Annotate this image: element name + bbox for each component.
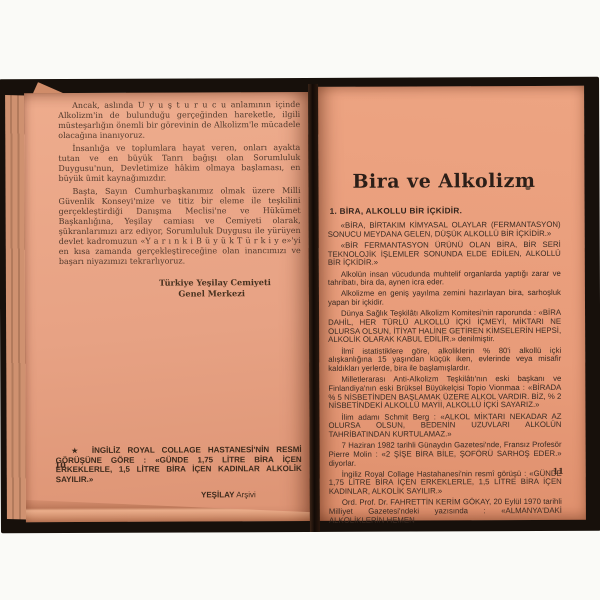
signature-org: Türkiye Yeşilay Cemiyeti xyxy=(59,277,271,289)
paragraph: Ord. Prof. Dr. FAHRETTİN KERİM GÖKAY, 20… xyxy=(329,498,562,525)
paragraph: Başta, Sayın Cumhurbaşkanımız olmak üzer… xyxy=(58,186,300,266)
paragraph: Alkolizme en geniş yayılma zemini hazırl… xyxy=(328,289,561,307)
paragraph: İlmî istatistiklere göre, alkoliklerin %… xyxy=(328,347,561,374)
page-number-left: 10 xyxy=(55,460,66,470)
page-number-right: 11 xyxy=(553,466,564,476)
right-page-text: Bira ve Alkolizm 1. BİRA, ALKOLLU BİR İÇ… xyxy=(327,86,562,528)
paragraph: Ancak, aslında U y u ş t u r u c u anlam… xyxy=(58,100,300,141)
book-photo: Ancak, aslında U y u ş t u r u c u anlam… xyxy=(0,0,600,600)
archive-credit: YEŞİLAY Arşivi xyxy=(60,490,256,501)
book-cover: Ancak, aslında U y u ş t u r u c u anlam… xyxy=(0,77,600,534)
paragraph: Milletlerarası Anti-Alkolizm Teşkilâtı'n… xyxy=(328,375,561,411)
left-page-text: Ancak, aslında U y u ş t u r u c u anlam… xyxy=(58,100,302,501)
ink-speck xyxy=(525,186,530,190)
archive-credit-label: Arşivi xyxy=(236,490,256,499)
left-page: Ancak, aslında U y u ş t u r u c u anlam… xyxy=(24,92,310,522)
paragraph: «BİR FERMANTASYON ÜRÜNÜ OLAN BİRA, BİR S… xyxy=(328,241,561,268)
paragraph: İnsanlığa ve toplumlara hayat veren, onl… xyxy=(58,143,300,184)
signature-block: Türkiye Yeşilay Cemiyeti Genel Merkezi xyxy=(59,277,271,300)
paragraph: 7 Haziran 1982 tarihli Günaydın Gazetesi… xyxy=(329,441,562,468)
section-heading: 1. BİRA, ALKOLLU BİR İÇKİDİR. xyxy=(330,206,561,216)
right-page: Bira ve Alkolizm 1. BİRA, ALKOLLU BİR İÇ… xyxy=(318,86,586,521)
footnote-text: İNGİLİZ ROYAL COLLAGE HASTANESİ'NİN RESM… xyxy=(56,444,302,483)
star-icon: ★ xyxy=(72,447,85,454)
paragraph: Dünya Sağlık Teşkilâtı Alkolizm Komitesi… xyxy=(328,309,561,345)
paragraph: İlim adamı Schmit Berg : «ALKOL MİKTARI … xyxy=(328,412,561,439)
archive-credit-name: YEŞİLAY xyxy=(201,490,235,499)
paragraph: İngiliz Royal Collage Hastahanesi'nin re… xyxy=(329,470,562,497)
paragraph: Alkolün insan vücudunda muhtelif organla… xyxy=(328,269,561,287)
signature-office: Genel Merkezi xyxy=(59,288,245,300)
footnote: ★ İNGİLİZ ROYAL COLLAGE HASTANESİ'NİN RE… xyxy=(56,444,302,484)
paragraph: «BİRA, BİRTAKIM KİMYASAL OLAYLAR (FERMAN… xyxy=(328,221,561,239)
